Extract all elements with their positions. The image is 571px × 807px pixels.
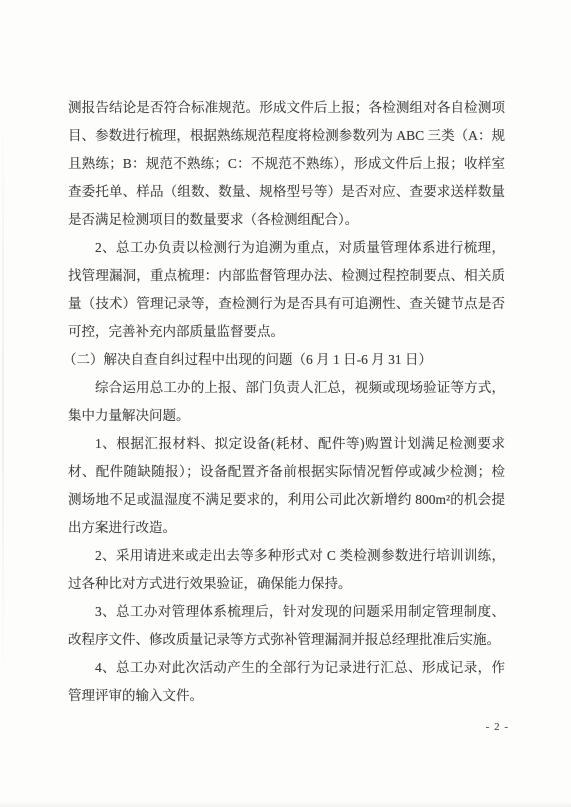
text-line: 2、总工办负责以检测行为追溯为重点，对质量管理体系进行梳理，查 bbox=[68, 234, 505, 262]
text-line: 1、根据汇报材料、拟定设备(耗材、配件等)购置计划满足检测要求(耗 bbox=[68, 430, 505, 458]
scan-edge-artifact-left bbox=[2, 110, 4, 690]
text-line: 是否满足检测项目的数量要求（各检测组配合）。 bbox=[68, 206, 505, 234]
text-line: 4、总工办对此次活动产生的全部行为记录进行汇总、形成记录，作为 bbox=[68, 654, 505, 682]
text-line: 管理评审的输入文件。 bbox=[68, 682, 505, 710]
text-line: 2、采用请进来或走出去等多种形式对 C 类检测参数进行培训训练，通 bbox=[68, 542, 505, 570]
paragraph: 3、总工办对管理体系梳理后，针对发现的问题采用制定管理制度、修改程序文件、修改质… bbox=[68, 598, 505, 654]
section-heading: （二）解决自查自纠过程中出现的问题（6 月 1 日-6 月 31 日） bbox=[68, 346, 505, 374]
paragraph: 4、总工办对此次活动产生的全部行为记录进行汇总、形成记录，作为管理评审的输入文件… bbox=[68, 654, 505, 710]
text-line: 3、总工办对管理体系梳理后，针对发现的问题采用制定管理制度、修 bbox=[68, 598, 505, 626]
text-line: 出方案进行改造。 bbox=[68, 514, 505, 542]
text-line: 量（技术）管理记录等，查检测行为是否具有可追溯性、查关键节点是否 bbox=[68, 290, 505, 318]
text-line: （二）解决自查自纠过程中出现的问题（6 月 1 日-6 月 31 日） bbox=[63, 346, 505, 374]
scan-edge-artifact-bottom bbox=[0, 802, 571, 807]
text-line: 且熟练；B：规范不熟练；C：不规范不熟练），形成文件后上报；收样室 bbox=[68, 150, 505, 178]
text-line: 测报告结论是否符合标准规范。形成文件后上报；各检测组对各自检测项 bbox=[68, 94, 505, 122]
paragraph: 综合运用总工办的上报、部门负责人汇总，视频或现场验证等方式，集中力量解决问题。 bbox=[68, 374, 505, 430]
text-line: 可控，完善补充内部质量监督要点。 bbox=[68, 318, 505, 346]
page-number: - 2 - bbox=[486, 720, 509, 734]
text-line: 目、参数进行梳理，根据熟练规范程度将检测参数列为 ABC 三类（A：规范 bbox=[68, 122, 505, 150]
document-page: 测报告结论是否符合标准规范。形成文件后上报；各检测组对各自检测项目、参数进行梳理… bbox=[0, 0, 571, 807]
text-line: 材、配件随缺随报）；设备配置齐备前根据实际情况暂停或减少检测；检 bbox=[68, 458, 505, 486]
text-line: 测场地不足或温湿度不满足要求的，利用公司此次新增约 800m²的机会提 bbox=[68, 486, 505, 514]
document-body: 测报告结论是否符合标准规范。形成文件后上报；各检测组对各自检测项目、参数进行梳理… bbox=[68, 94, 505, 710]
paragraph: 1、根据汇报材料、拟定设备(耗材、配件等)购置计划满足检测要求(耗材、配件随缺随… bbox=[68, 430, 505, 542]
paragraph: 2、总工办负责以检测行为追溯为重点，对质量管理体系进行梳理，查找管理漏洞，重点梳… bbox=[68, 234, 505, 346]
text-line: 改程序文件、修改质量记录等方式弥补管理漏洞并报总经理批准后实施。 bbox=[68, 626, 505, 654]
text-line: 集中力量解决问题。 bbox=[68, 402, 505, 430]
text-line: 查委托单、样品（组数、数量、规格型号等）是否对应、查要求送样数量 bbox=[68, 178, 505, 206]
paragraph: 2、采用请进来或走出去等多种形式对 C 类检测参数进行培训训练，通过各种比对方式… bbox=[68, 542, 505, 598]
text-line: 综合运用总工办的上报、部门负责人汇总，视频或现场验证等方式， bbox=[68, 374, 505, 402]
paragraph: 测报告结论是否符合标准规范。形成文件后上报；各检测组对各自检测项目、参数进行梳理… bbox=[68, 94, 505, 234]
text-line: 过各种比对方式进行效果验证，确保能力保持。 bbox=[68, 570, 505, 598]
text-line: 找管理漏洞，重点梳理：内部监督管理办法、检测过程控制要点、相关质 bbox=[68, 262, 505, 290]
